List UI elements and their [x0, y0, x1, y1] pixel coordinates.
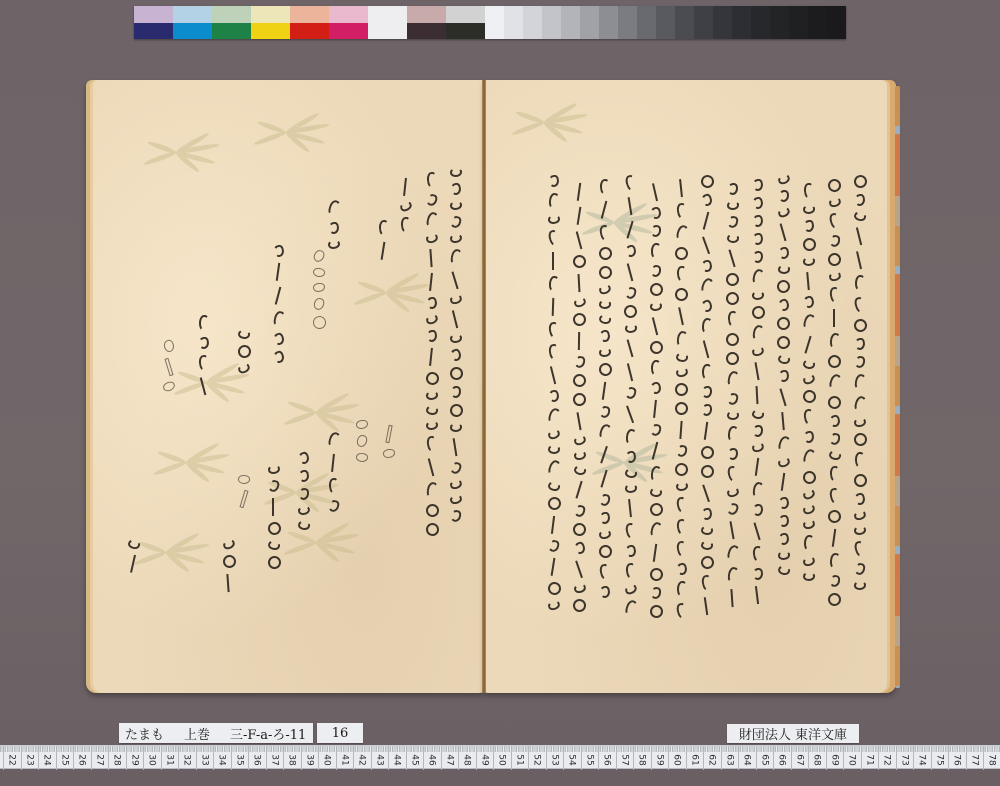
brush-stroke: [854, 194, 865, 207]
brush-stroke: [802, 488, 816, 500]
ruler-number: 68: [810, 752, 824, 769]
ruler-number: 56: [600, 752, 614, 769]
brush-stroke: [628, 499, 634, 517]
brush-stroke: [576, 412, 583, 430]
brush-stroke: [651, 265, 662, 278]
calligraphy-column: [827, 179, 843, 606]
brush-stroke: [700, 540, 713, 551]
brush-stroke: [547, 581, 561, 595]
color-patch: [251, 23, 290, 40]
ruler-cm-line: [266, 746, 267, 770]
ruler-cm-line: [861, 746, 862, 770]
brush-stroke: [453, 438, 460, 456]
brush-stroke: [548, 193, 559, 210]
brush-stroke: [313, 283, 325, 292]
brush-stroke: [426, 296, 438, 310]
brush-stroke: [777, 551, 789, 560]
brush-stroke: [803, 571, 816, 581]
brush-stroke: [854, 562, 866, 576]
ruler-cm-line: [721, 746, 722, 770]
brush-stroke: [573, 297, 587, 308]
calligraphy-column: [852, 175, 868, 590]
brush-stroke: [802, 556, 815, 567]
brush-stroke: [833, 309, 837, 327]
brush-stroke: [547, 444, 560, 455]
brush-stroke: [829, 553, 840, 570]
ruler-number: 63: [722, 752, 736, 769]
ruler-number: 24: [40, 752, 54, 769]
brush-stroke: [626, 339, 635, 357]
color-pair-4: [290, 6, 329, 39]
brush-stroke: [804, 535, 814, 551]
brush-stroke: [328, 499, 341, 513]
brush-stroke: [751, 346, 764, 357]
brush-stroke: [726, 352, 740, 366]
calligraphy-column: [126, 540, 142, 573]
brush-stroke: [780, 473, 786, 491]
brush-stroke: [547, 429, 561, 440]
brush-stroke: [450, 215, 463, 229]
brush-stroke: [675, 202, 688, 219]
brush-stroke: [426, 421, 438, 430]
ruler-number: 33: [197, 752, 211, 769]
color-patch: [134, 23, 173, 40]
brush-stroke: [573, 435, 587, 446]
leaf: [287, 400, 317, 415]
brush-stroke: [679, 179, 685, 197]
measurement-ruler: 2223242526272829303132333435363738394041…: [0, 745, 1000, 769]
brush-stroke: [828, 396, 842, 410]
brush-stroke: [424, 522, 440, 538]
brush-stroke: [726, 487, 739, 498]
calligraphy-column: [326, 432, 342, 512]
brush-stroke: [727, 311, 738, 328]
brush-stroke: [550, 366, 558, 384]
brush-stroke: [853, 296, 868, 314]
brush-stroke: [624, 484, 636, 493]
brush-stroke: [699, 173, 715, 189]
brush-stroke: [829, 466, 841, 483]
brush-stroke: [855, 338, 866, 351]
brush-stroke: [725, 272, 740, 287]
brush-stroke: [725, 332, 740, 347]
brush-stroke: [273, 244, 286, 258]
right-page: [484, 80, 896, 693]
brush-stroke: [853, 395, 867, 413]
brush-stroke: [237, 329, 251, 340]
brush-stroke: [803, 431, 814, 444]
ruler-number: 37: [267, 752, 281, 769]
brush-stroke: [450, 509, 462, 523]
calligraphy-column: [266, 465, 282, 569]
calligraphy-column: [271, 245, 287, 363]
brush-stroke: [728, 249, 737, 267]
brush-stroke: [448, 403, 463, 418]
ruler-number: 50: [495, 752, 509, 769]
brush-stroke: [853, 319, 866, 332]
brush-stroke: [779, 223, 788, 241]
brush-stroke: [200, 377, 209, 395]
brush-stroke: [547, 407, 561, 425]
brush-stroke: [674, 224, 688, 242]
ruler-cm-line: [581, 746, 582, 770]
brush-stroke: [199, 315, 209, 331]
brush-stroke: [268, 465, 280, 475]
brush-stroke: [700, 445, 715, 460]
brush-stroke: [675, 562, 687, 576]
brush-stroke: [275, 287, 284, 305]
brush-stroke: [727, 426, 738, 443]
ruler-number: 46: [425, 752, 439, 769]
calligraphy-column: [448, 168, 464, 522]
brush-stroke: [601, 201, 610, 219]
ruler-cm-line: [546, 746, 547, 770]
ruler-cm-line: [91, 746, 92, 770]
brush-stroke: [826, 251, 843, 268]
brush-stroke: [753, 568, 763, 580]
brush-stroke: [801, 237, 816, 252]
ruler-cm-line: [896, 746, 897, 770]
brush-stroke: [625, 429, 636, 446]
volume-label: 上巻: [184, 724, 210, 743]
brush-stroke: [649, 521, 663, 539]
brush-stroke: [548, 174, 559, 187]
ruler-number: 43: [372, 752, 386, 769]
ruler-number: 76: [950, 752, 964, 769]
brush-stroke: [702, 484, 712, 502]
brush-stroke: [652, 442, 661, 460]
brush-stroke: [424, 502, 441, 519]
brush-stroke: [675, 518, 688, 535]
brush-stroke: [599, 585, 611, 598]
brush-stroke: [649, 487, 662, 498]
brush-stroke: [599, 299, 612, 309]
brush-stroke: [650, 423, 662, 437]
brush-stroke: [699, 554, 715, 570]
brush-stroke: [854, 373, 867, 390]
brush-stroke: [599, 529, 612, 539]
brush-stroke: [853, 510, 866, 521]
color-pair-5: [329, 6, 368, 39]
brush-stroke: [450, 234, 463, 244]
brush-stroke: [627, 197, 634, 215]
brush-stroke: [702, 318, 713, 335]
brush-stroke: [573, 504, 585, 518]
color-patch: [212, 23, 251, 40]
brush-stroke: [779, 388, 788, 406]
brush-stroke: [399, 200, 413, 212]
brush-stroke: [802, 519, 815, 530]
gray-step: [561, 6, 580, 39]
brush-stroke: [327, 199, 341, 217]
ruler-number: 23: [22, 752, 36, 769]
brush-stroke: [802, 373, 816, 385]
ruler-cm-line: [56, 746, 57, 770]
brush-stroke: [827, 373, 841, 391]
brush-stroke: [450, 423, 462, 432]
ruler-number: 58: [635, 752, 649, 769]
brush-stroke: [298, 469, 310, 482]
brush-stroke: [730, 589, 735, 607]
brush-stroke: [572, 464, 586, 476]
brush-stroke: [450, 334, 462, 343]
brush-stroke: [624, 562, 636, 579]
brush-stroke: [313, 297, 325, 311]
ruler-number: 35: [232, 752, 246, 769]
brush-stroke: [802, 389, 816, 403]
brush-stroke: [130, 555, 138, 573]
brush-stroke: [753, 425, 763, 437]
brush-stroke: [854, 581, 866, 590]
brush-stroke: [298, 505, 311, 515]
brush-stroke: [198, 354, 210, 371]
brush-stroke: [753, 504, 763, 516]
brush-stroke: [777, 264, 790, 274]
brush-stroke: [127, 538, 141, 551]
brush-stroke: [778, 190, 788, 202]
brush-stroke: [549, 276, 560, 292]
color-patch: [134, 6, 173, 23]
brush-stroke: [547, 229, 561, 247]
brush-stroke: [575, 481, 584, 499]
gray-step: [485, 6, 504, 39]
ruler-cm-line: [406, 746, 407, 770]
brush-stroke: [624, 244, 636, 258]
brush-stroke: [673, 286, 690, 303]
ruler-number: 60: [670, 752, 684, 769]
brush-stroke: [576, 183, 582, 201]
brush-stroke: [572, 312, 587, 327]
ruler-number: 53: [547, 752, 561, 769]
brush-stroke: [727, 448, 737, 460]
brush-stroke: [675, 330, 687, 347]
ruler-number: 45: [407, 752, 421, 769]
brush-stroke: [598, 284, 612, 296]
brush-stroke: [802, 359, 816, 371]
brush-stroke: [852, 432, 868, 448]
brush-stroke: [778, 369, 790, 382]
ruler-number: 55: [582, 752, 596, 769]
brush-stroke: [552, 252, 556, 270]
brush-stroke: [700, 277, 715, 295]
calligraphy-column: [597, 179, 613, 598]
calligraphy-column: [699, 175, 715, 615]
color-patch: [251, 6, 290, 23]
brush-stroke: [828, 487, 842, 505]
brush-stroke: [703, 340, 712, 358]
brush-stroke: [572, 522, 588, 538]
brush-stroke: [623, 599, 637, 617]
ruler-cm-line: [21, 746, 22, 770]
calligraphy-column: [776, 175, 792, 575]
brush-stroke: [328, 222, 339, 235]
brush-stroke: [551, 558, 558, 576]
ruler-number: 67: [792, 752, 806, 769]
brush-stroke: [573, 393, 587, 407]
brush-stroke: [753, 251, 764, 264]
brush-stroke: [198, 337, 209, 350]
ruler-number: 39: [302, 752, 316, 769]
ruler-number: 74: [915, 752, 929, 769]
ruler-number: 52: [530, 752, 544, 769]
brush-stroke: [602, 382, 608, 400]
brush-stroke: [803, 182, 815, 199]
brush-stroke: [702, 386, 712, 398]
brush-stroke: [675, 367, 688, 378]
brush-stroke: [623, 304, 638, 319]
brush-stroke: [674, 401, 689, 416]
brush-stroke: [427, 330, 438, 343]
brush-stroke: [425, 371, 439, 385]
calligraphy-column: [354, 420, 370, 462]
open-book: [86, 80, 898, 695]
calligraphy-column: [398, 178, 414, 233]
brush-stroke: [701, 507, 712, 520]
brush-stroke: [450, 201, 462, 210]
brush-stroke: [776, 174, 790, 186]
brush-stroke: [827, 212, 842, 230]
brush-stroke: [425, 405, 439, 417]
brush-stroke: [802, 313, 816, 331]
brush-stroke: [803, 408, 816, 425]
ruler-cm-line: [931, 746, 932, 770]
brush-stroke: [704, 422, 710, 440]
color-patch: [173, 23, 212, 40]
brush-stroke: [272, 332, 285, 347]
brush-stroke: [827, 509, 841, 523]
brush-stroke: [651, 360, 661, 376]
brush-stroke: [826, 353, 842, 369]
ruler-cm-line: [476, 746, 477, 770]
ruler-number: 64: [740, 752, 754, 769]
brush-stroke: [276, 263, 282, 281]
color-patch: [290, 6, 329, 23]
brush-stroke: [828, 271, 841, 282]
brush-stroke: [624, 522, 638, 540]
book-title: たまも: [125, 724, 164, 743]
brush-stroke: [728, 183, 738, 195]
brush-stroke: [652, 317, 660, 335]
brush-stroke: [573, 583, 586, 594]
brush-stroke: [267, 521, 281, 535]
brush-stroke: [624, 386, 636, 400]
ruler-cm-line: [371, 746, 372, 770]
gray-step: [827, 6, 846, 39]
brush-stroke: [272, 310, 285, 328]
brush-stroke: [429, 348, 435, 366]
brush-stroke: [803, 295, 816, 309]
brush-stroke: [449, 479, 462, 490]
brush-stroke: [702, 236, 712, 254]
brush-stroke: [675, 496, 689, 514]
brush-stroke: [778, 532, 790, 546]
brush-stroke: [449, 348, 462, 363]
brush-stroke: [626, 263, 635, 281]
ruler-cm-line: [791, 746, 792, 770]
brush-stroke: [778, 496, 790, 510]
brush-stroke: [752, 232, 763, 245]
brush-stroke: [674, 462, 690, 478]
brush-stroke: [855, 452, 866, 469]
brush-stroke: [222, 555, 235, 568]
brush-stroke: [597, 362, 612, 377]
brush-stroke: [450, 182, 462, 196]
brush-stroke: [726, 411, 739, 421]
brush-stroke: [751, 305, 765, 319]
leaf: [287, 530, 317, 545]
ruler-number: 59: [652, 752, 666, 769]
brush-stroke: [237, 362, 251, 374]
gray-step: [504, 6, 523, 39]
brush-stroke: [356, 434, 368, 448]
brush-stroke: [573, 451, 586, 461]
brush-stroke: [827, 449, 841, 461]
brush-stroke: [449, 294, 462, 305]
brush-stroke: [355, 452, 368, 463]
color-calibration-chart: [134, 6, 846, 39]
brush-stroke: [268, 479, 281, 493]
brush-stroke: [826, 177, 842, 193]
brush-stroke: [673, 245, 690, 262]
color-pair-3: [251, 6, 290, 39]
brush-stroke: [778, 246, 790, 259]
brush-stroke: [272, 498, 276, 516]
brush-stroke: [428, 458, 437, 476]
brush-stroke: [552, 298, 557, 316]
brush-stroke: [776, 564, 790, 576]
calligraphy-column: [623, 175, 639, 616]
ruler-cm-line: [756, 746, 757, 770]
calligraphy-column: [674, 179, 690, 619]
brush-stroke: [650, 302, 662, 311]
gray-step: [580, 6, 599, 39]
brush-stroke: [426, 391, 438, 400]
color-pair-1: [173, 6, 212, 39]
calligraphy-column: [572, 183, 588, 612]
calligraphy-column: [196, 315, 212, 395]
color-patch: [212, 6, 251, 23]
color-patch: [407, 23, 446, 40]
brush-stroke: [623, 468, 637, 480]
brush-stroke: [624, 544, 636, 558]
color-pair-2: [212, 6, 251, 39]
ruler-number: 78: [985, 752, 999, 769]
gray-step: [808, 6, 827, 39]
brush-stroke: [626, 405, 636, 423]
brush-stroke: [548, 389, 560, 403]
ruler-number: 65: [757, 752, 771, 769]
brush-stroke: [599, 179, 610, 196]
brush-stroke: [451, 386, 461, 398]
brush-stroke: [752, 196, 765, 210]
brush-stroke: [164, 358, 173, 376]
ruler-cm-line: [336, 746, 337, 770]
owner-label: 財団法人 東洋文庫: [727, 724, 859, 743]
brush-stroke: [777, 457, 791, 469]
brush-stroke: [776, 206, 790, 219]
brush-stroke: [675, 444, 687, 458]
brush-stroke: [752, 324, 765, 341]
brush-stroke: [675, 540, 688, 558]
brush-stroke: [704, 597, 710, 615]
brush-stroke: [726, 566, 738, 583]
brush-stroke: [547, 600, 560, 611]
brush-stroke: [652, 183, 660, 201]
brush-stroke: [829, 234, 841, 247]
ruler-number: 22: [5, 752, 19, 769]
brush-stroke: [678, 307, 686, 325]
brush-stroke: [702, 364, 712, 380]
